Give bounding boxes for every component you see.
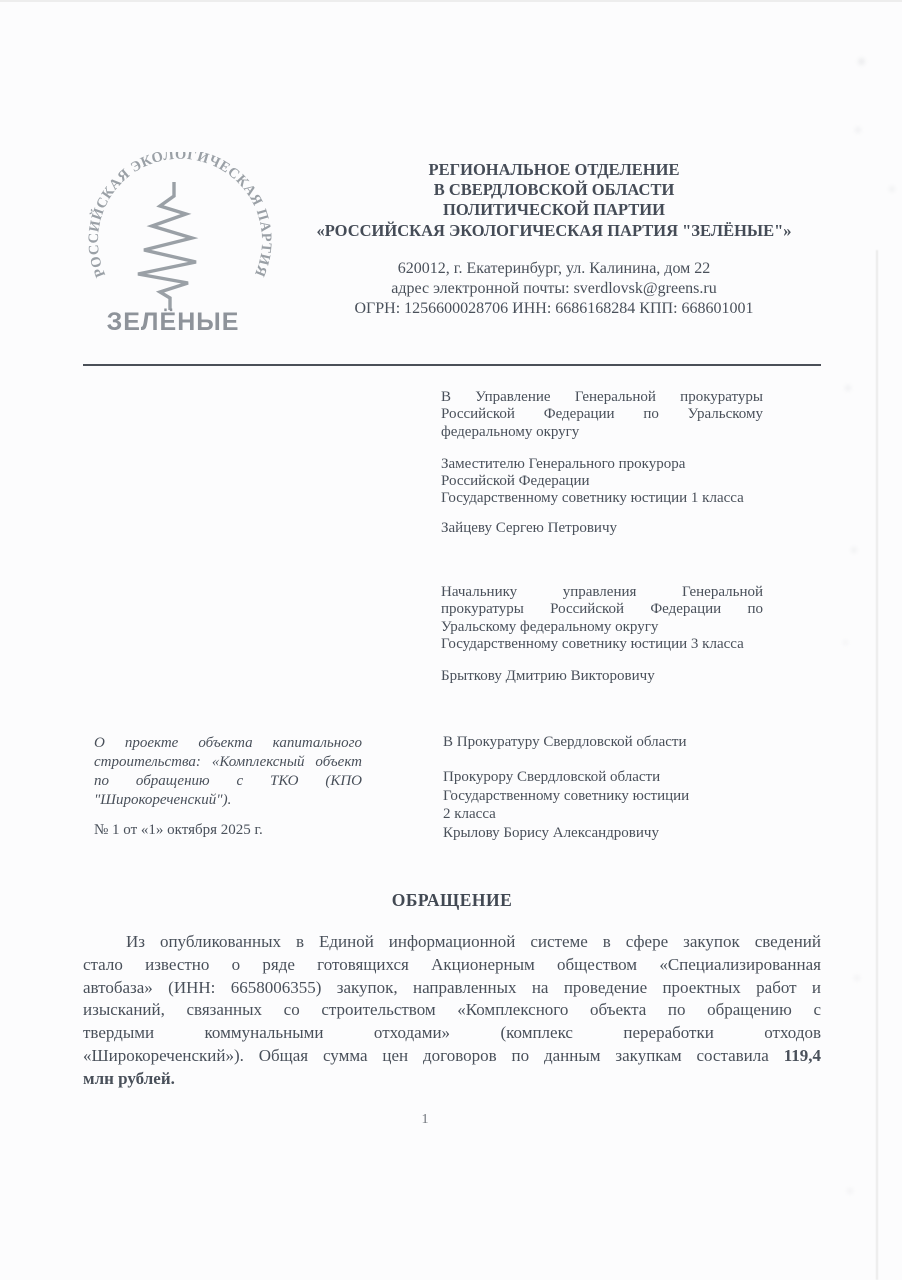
subject-line: О проекте объекта капитального	[94, 734, 362, 753]
addressee-line: Российской Федерации	[441, 473, 763, 490]
body-line: твердыми коммунальными отходами» (компле…	[83, 1022, 821, 1045]
subject-line: по обращению с ТКО (КПО	[94, 772, 362, 791]
scanned-letter-page: РОССИЙСКАЯ ЭКОЛОГИЧЕСКАЯ ПАРТИЯ ЗЕЛЁНЫЕ …	[0, 0, 902, 1280]
document-title: ОБРАЩЕНИЕ	[83, 890, 821, 911]
addressee-line: 2 класса	[443, 805, 765, 824]
document-ref-number: № 1 от «1» октября 2025 г.	[94, 821, 362, 840]
email-line: адрес электронной почты: sverdlovsk@gree…	[278, 279, 830, 299]
body-line: млн рублей.	[83, 1068, 821, 1091]
body-line-text: «Широкореченский»). Общая сумма цен дого…	[83, 1046, 769, 1065]
addressee-line: Государственному советнику юстиции	[443, 787, 765, 806]
body-paragraph: Из опубликованных в Единой информационно…	[83, 931, 821, 1091]
addressee-line: Начальнику управления Генеральной	[441, 584, 763, 601]
org-line: В СВЕРДЛОВСКОЙ ОБЛАСТИ	[278, 180, 830, 200]
body-line: Из опубликованных в Единой информационно…	[83, 931, 821, 954]
body-line: стало известно о ряде готовящихся Акцион…	[83, 954, 821, 977]
scan-noise-dot	[843, 640, 848, 645]
addressee-line: Российской Федерации по Уральскому	[441, 406, 763, 423]
postal-address: 620012, г. Екатеринбург, ул. Калинина, д…	[278, 259, 830, 279]
subject-line: "Широкореченский").	[94, 791, 362, 810]
scan-noise-dot	[845, 385, 851, 391]
subject-block: О проекте объекта капитального строитель…	[94, 734, 362, 840]
party-logo: РОССИЙСКАЯ ЭКОЛОГИЧЕСКАЯ ПАРТИЯ	[88, 152, 272, 328]
total-amount-units: млн рублей.	[83, 1069, 175, 1088]
addressee-line: В Управление Генеральной прокуратуры	[441, 389, 763, 406]
org-line: «РОССИЙСКАЯ ЭКОЛОГИЧЕСКАЯ ПАРТИЯ "ЗЕЛЁНЫ…	[278, 221, 830, 241]
addressee-line: В Прокуратуру Свердловской области	[443, 733, 765, 752]
addressee-line: прокуратуры Российской Федерации по	[441, 601, 763, 618]
org-line: РЕГИОНАЛЬНОЕ ОТДЕЛЕНИЕ	[278, 160, 830, 180]
org-line: ПОЛИТИЧЕСКОЙ ПАРТИИ	[278, 200, 830, 220]
addressee-block-3: В Прокуратуру Свердловской области Проку…	[443, 733, 765, 843]
scan-noise-dot	[889, 186, 895, 192]
addressee-line: Уральскому федеральному округу	[441, 619, 763, 636]
scan-noise-dot	[855, 127, 861, 133]
addressee-line: Заместителю Генерального прокурора	[441, 456, 763, 473]
letterhead-contacts: 620012, г. Екатеринбург, ул. Калинина, д…	[278, 259, 830, 320]
scan-noise-dot	[847, 1188, 853, 1194]
addressee-block-1: В Управление Генеральной прокуратуры Рос…	[441, 389, 763, 537]
subject-line: строительства: «Комплексный объект	[94, 753, 362, 772]
registration-numbers: ОГРН: 1256600028706 ИНН: 6686168284 КПП:…	[278, 299, 830, 319]
total-amount-value: 119,4	[784, 1046, 821, 1065]
letterhead-org-name: РЕГИОНАЛЬНОЕ ОТДЕЛЕНИЕ В СВЕРДЛОВСКОЙ ОБ…	[278, 160, 830, 241]
page-number: 1	[405, 1112, 445, 1128]
body-line: «Широкореченский»). Общая сумма цен дого…	[83, 1045, 821, 1068]
addressee-name: Крылову Борису Александровичу	[443, 824, 765, 843]
body-line: изысканий, связанных со строительством «…	[83, 999, 821, 1022]
body-line: автобаза» (ИНН: 6658006355) закупок, нап…	[83, 977, 821, 1000]
addressee-block-2: Начальнику управления Генеральной прокур…	[441, 584, 763, 685]
addressee-name: Брыткову Дмитрию Викторовичу	[441, 668, 763, 685]
scan-noise-dot	[858, 58, 865, 65]
addressee-line: Прокурору Свердловской области	[443, 768, 765, 787]
scan-noise-dot	[854, 975, 860, 981]
logo-wordmark: ЗЕЛЁНЫЕ	[98, 308, 248, 337]
scan-noise-dot	[851, 547, 857, 553]
addressee-line: Государственному советнику юстиции 1 кла…	[441, 490, 763, 507]
spruce-zigzag-icon	[138, 182, 196, 310]
letterhead-divider	[83, 364, 821, 366]
addressee-line: Государственному советнику юстиции 3 кла…	[441, 636, 763, 653]
scan-edge-line	[876, 250, 878, 1280]
addressee-name: Зайцеву Сергею Петровичу	[441, 520, 763, 537]
addressee-line: федеральному округу	[441, 424, 763, 441]
